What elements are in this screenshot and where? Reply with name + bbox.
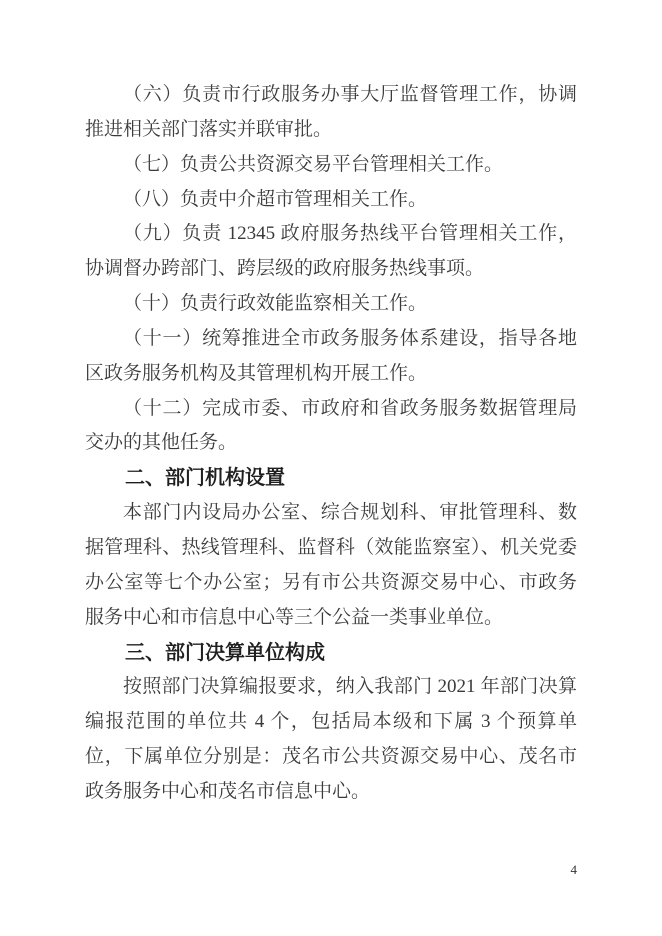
document-page: （六）负责市行政服务办事大厅监督管理工作，协调推进相关部门落实并联审批。（七）负… — [0, 0, 662, 936]
paragraph: （八）负责中介超市管理相关工作。 — [85, 183, 577, 218]
paragraph: （十一）统筹推进全市政务服务体系建设，指导各地区政务服务机构及其管理机构开展工作… — [85, 322, 577, 392]
paragraph: （七）负责公共资源交易平台管理相关工作。 — [85, 148, 577, 183]
paragraph: （九）负责 12345 政府服务热线平台管理相关工作，协调督办跨部门、跨层级的政… — [85, 217, 577, 287]
section-heading: 三、部门决算单位构成 — [85, 636, 577, 671]
page-number: 4 — [517, 862, 577, 878]
paragraph: 本部门内设局办公室、综合规划科、审批管理科、数据管理科、热线管理科、监督科（效能… — [85, 496, 577, 635]
paragraph: 按照部门决算编报要求，纳入我部门 2021 年部门决算编报范围的单位共 4 个，… — [85, 670, 577, 809]
paragraph: （六）负责市行政服务办事大厅监督管理工作，协调推进相关部门落实并联审批。 — [85, 78, 577, 148]
paragraph: （十二）完成市委、市政府和省政务服务数据管理局交办的其他任务。 — [85, 392, 577, 462]
section-heading: 二、部门机构设置 — [85, 461, 577, 496]
paragraph: （十）负责行政效能监察相关工作。 — [85, 287, 577, 322]
document-body: （六）负责市行政服务办事大厅监督管理工作，协调推进相关部门落实并联审批。（七）负… — [85, 78, 577, 810]
